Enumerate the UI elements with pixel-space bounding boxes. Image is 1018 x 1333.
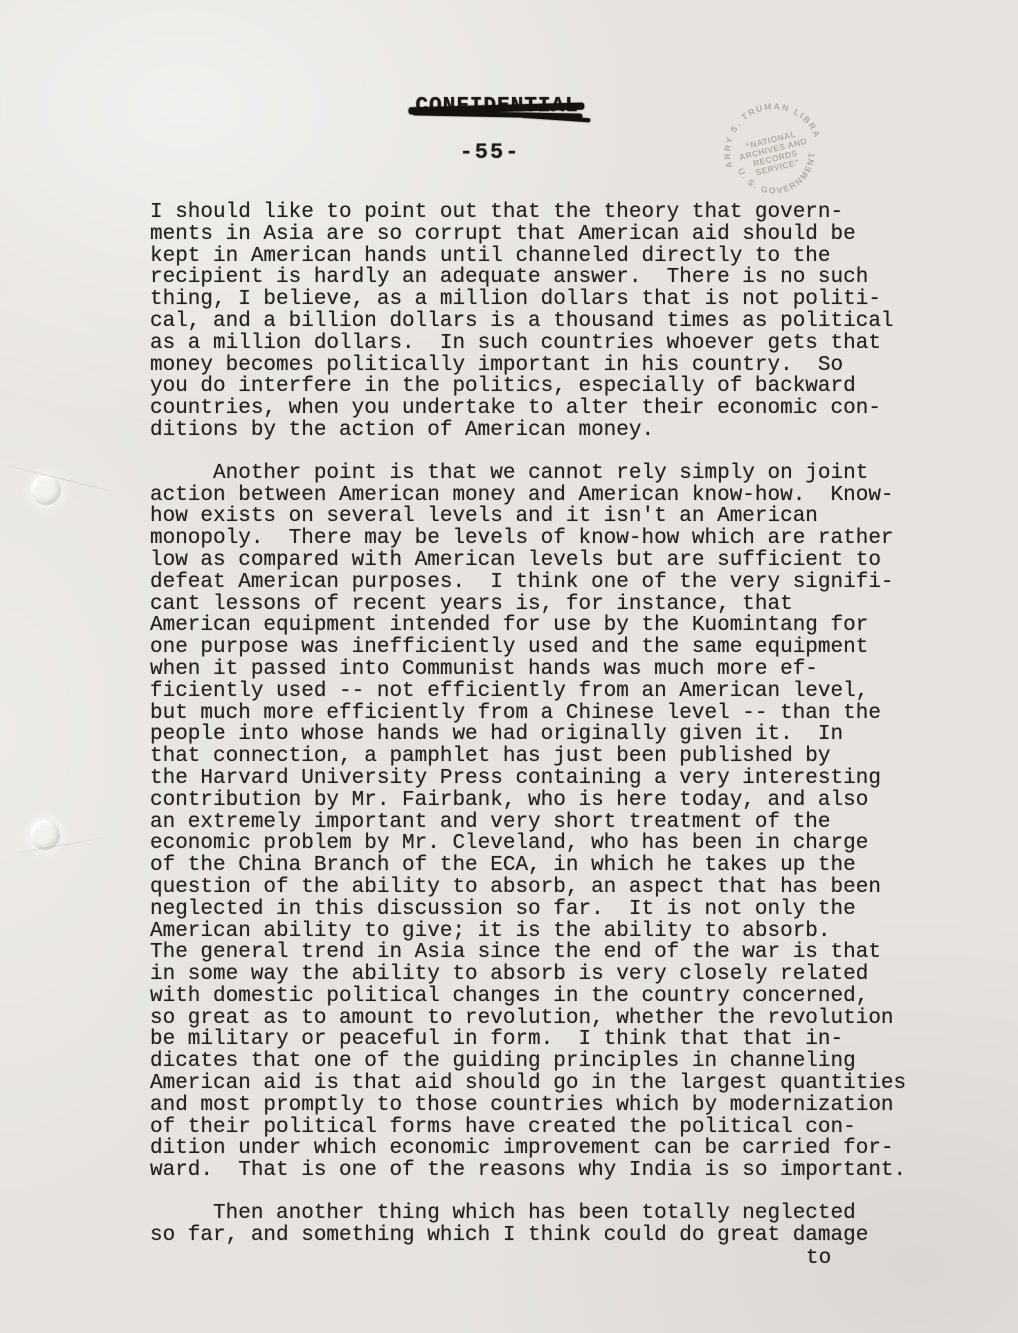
catchword: to <box>806 1247 831 1270</box>
paper-crease <box>11 836 110 854</box>
page-number: -55- <box>460 140 521 165</box>
truman-library-archive-stamp: HARRY S. TRUMAN LIBRARY U. S. GOVERNMENT… <box>711 90 837 216</box>
classification-marking: CONFIDENTIAL <box>415 95 578 118</box>
typewritten-body: I should like to point out that the theo… <box>150 202 930 1247</box>
body-paragraph-2: Another point is that we cannot rely sim… <box>150 463 930 1182</box>
scanned-document-page: CONFIDENTIAL -55- HARRY S. TRUMAN LIBRAR… <box>0 0 1018 1333</box>
body-paragraph-3: Then another thing which has been totall… <box>150 1203 930 1247</box>
punch-hole-top <box>31 475 61 505</box>
body-paragraph-1: I should like to point out that the theo… <box>150 202 930 442</box>
